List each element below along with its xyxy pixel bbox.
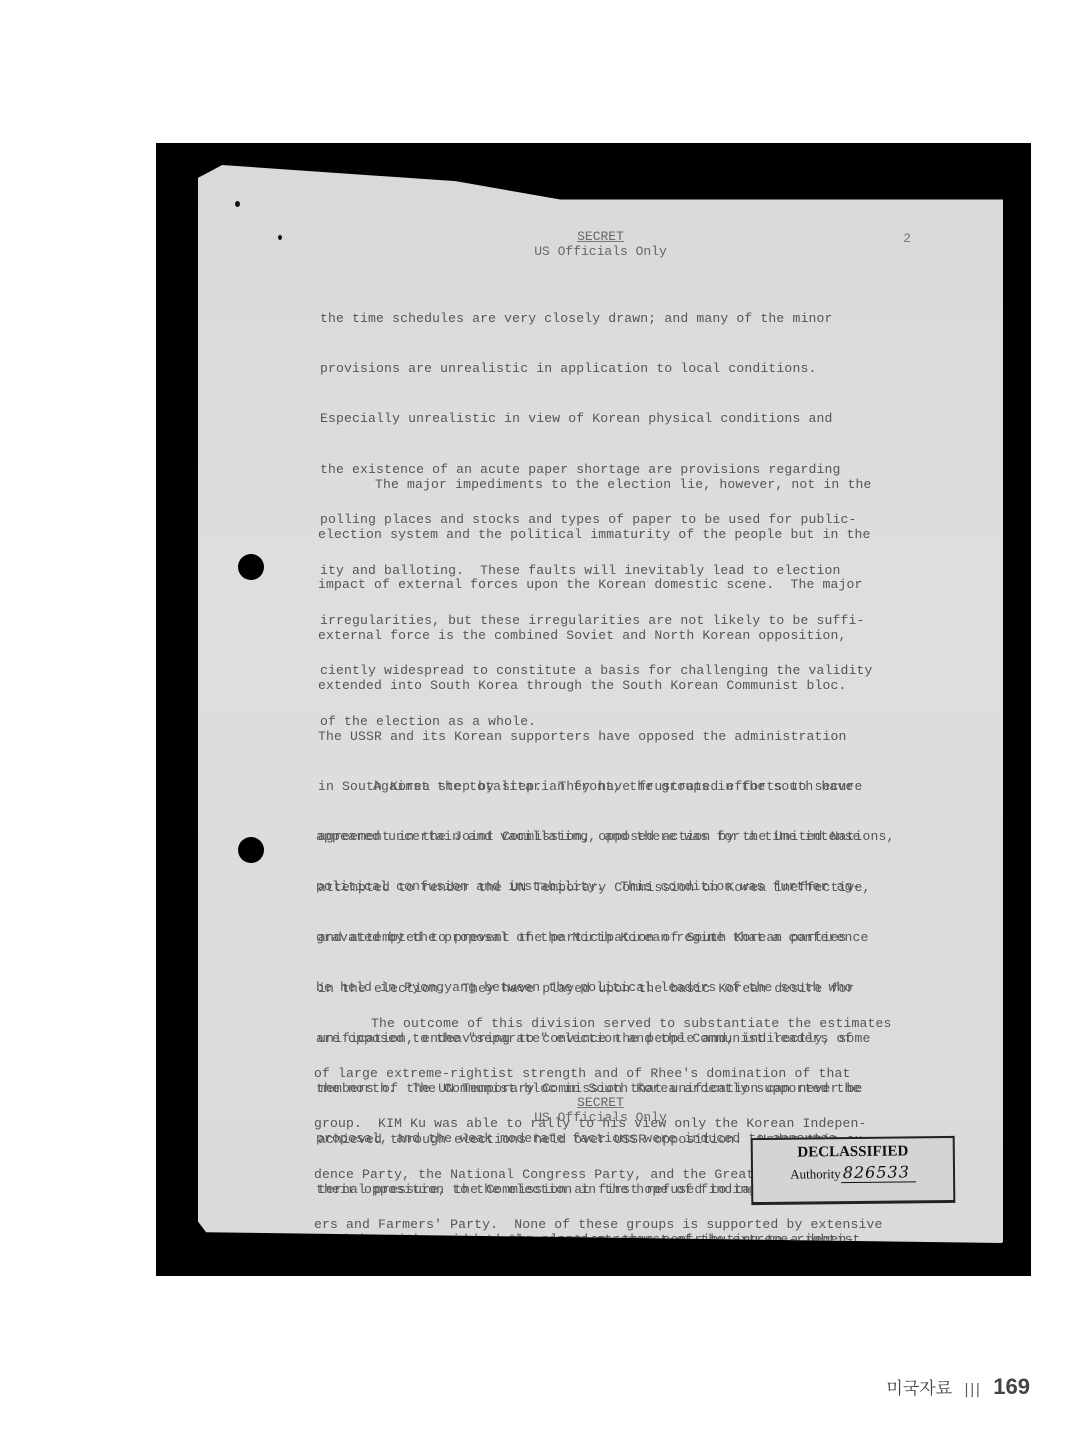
stamp-authority: Authority826533: [753, 1162, 953, 1183]
text-line: ers and Farmers' Party. None of these gr…: [314, 1217, 892, 1234]
text-line: of large extreme-rightist strength and o…: [314, 1066, 892, 1083]
stamp-authority-value: 826533: [841, 1162, 916, 1183]
speck-mark: [235, 201, 240, 207]
stamp-authority-label: Authority: [790, 1166, 841, 1182]
document-header: SECRET US Officials Only: [198, 229, 1003, 259]
text-line: Especially unrealistic in view of Korean…: [320, 411, 873, 428]
text-line: external force is the combined Soviet an…: [318, 628, 895, 645]
stamp-title: DECLASSIFIED: [753, 1143, 953, 1162]
text-line: gravated by the proposal of the North Ko…: [316, 930, 893, 947]
text-line: eration of the internal political situat…: [318, 1283, 895, 1300]
distribution-marking: US Officials Only: [198, 244, 1003, 259]
punch-hole: [238, 554, 264, 580]
divider-mark: |||: [964, 1382, 981, 1398]
document-page-number: 2: [903, 231, 911, 246]
footer-classification-marking: SECRET: [198, 1095, 1003, 1110]
text-line: appeared uncertain and vacillating, and …: [316, 829, 893, 846]
text-line: leaders, accepted the conference proposa…: [316, 1283, 893, 1300]
text-line: the time schedules are very closely draw…: [320, 311, 873, 328]
text-line: political confusion and instability. Thi…: [316, 879, 893, 896]
text-line: right, the strongest political grouping …: [316, 1383, 893, 1400]
punch-hole: [238, 837, 264, 863]
text-line: election system and the political immatu…: [318, 527, 895, 544]
text-line: The USSR and its Korean supporters have …: [318, 729, 895, 746]
document-page: SECRET US Officials Only 2 the time sche…: [198, 165, 1003, 1243]
text-line: tween his own faction and that of RHEE S…: [316, 1333, 893, 1350]
classification-marking: SECRET: [198, 229, 1003, 244]
footer-distribution-marking: US Officials Only: [198, 1110, 1003, 1125]
text-line: The major impediments to the election li…: [318, 477, 895, 494]
text-line: The outcome of this division served to s…: [314, 1016, 892, 1033]
text-line: impact of external forces upon the Korea…: [318, 577, 895, 594]
scanned-document-frame: SECRET US Officials Only 2 the time sche…: [156, 143, 1031, 1276]
text-line: provisions are unrealistic in applicatio…: [320, 361, 873, 378]
declassified-stamp: DECLASSIFIED Authority826533: [751, 1136, 956, 1205]
text-line: extended into South Korea through the So…: [318, 678, 895, 695]
book-page-number: 169: [993, 1374, 1030, 1400]
book-page-footer: 미국자료 ||| 169: [886, 1374, 1030, 1400]
document-footer: SECRET US Officials Only: [198, 1095, 1003, 1125]
section-title: 미국자료: [886, 1374, 952, 1399]
text-line: Against the totalitarian front, the grou…: [316, 779, 893, 796]
